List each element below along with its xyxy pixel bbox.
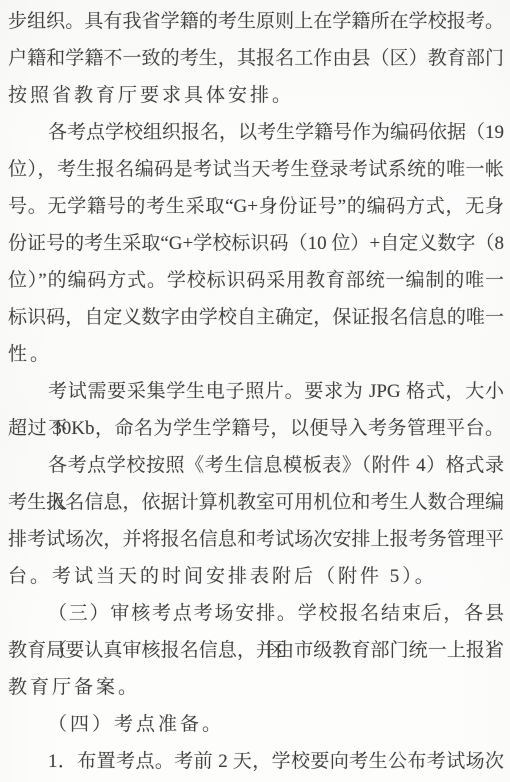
document-line: 性。	[8, 336, 504, 373]
document-line: 标识码，自定义数字由学校自主确定，保证报名信息的唯一	[8, 299, 504, 336]
document-line: 考试需要采集学生电子照片。要求为 JPG 格式，大小不	[8, 373, 504, 410]
document-line: 台。考试当天的时间安排表附后（附件 5）。	[8, 558, 504, 595]
document-line: 位）”的编码方式。学校标识码采用教育部统一编制的唯一	[8, 262, 504, 299]
document-line: 考生报名信息，依据计算机教室可用机位和考生人数合理编	[8, 484, 504, 521]
document-line: 1．布置考点。考前 2 天，学校要向考生公布考试场次	[8, 743, 504, 780]
document-line: 排考试场次，并将报名信息和考试场次安排上报考务管理平	[8, 521, 504, 558]
document-line: 号。无学籍号的考生采取“G+身份证号”的编码方式，无身	[8, 188, 504, 225]
document-line: （三）审核考点考场安排。学校报名结束后，各县（区）	[8, 595, 504, 632]
document-line: 步组织。具有我省学籍的考生原则上在学籍所在学校报考。	[8, 3, 504, 40]
document-line: 教育局要认真审核报名信息，并由市级教育部门统一上报省	[8, 632, 504, 669]
document-line: 份证号的考生采取“G+学校标识码（10 位）+自定义数字（8	[8, 225, 504, 262]
document-text: 步组织。具有我省学籍的考生原则上在学籍所在学校报考。户籍和学籍不一致的考生，其报…	[8, 3, 504, 780]
document-line: 教育厅备案。	[8, 669, 504, 706]
document-page: 步组织。具有我省学籍的考生原则上在学籍所在学校报考。户籍和学籍不一致的考生，其报…	[0, 0, 510, 782]
document-line: （四）考点准备。	[8, 706, 504, 743]
document-line: 超过 30Kb，命名为学生学籍号，以便导入考务管理平台。	[8, 410, 504, 447]
document-line: 各考点学校组织报名，以考生学籍号作为编码依据（19	[8, 114, 504, 151]
document-line: 按照省教育厅要求具体安排。	[8, 77, 504, 114]
document-line: 位），考生报名编码是考试当天考生登录考试系统的唯一帐	[8, 151, 504, 188]
document-line: 户籍和学籍不一致的考生，其报名工作由县（区）教育部门	[8, 40, 504, 77]
document-line: 各考点学校按照《考生信息模板表》（附件 4）格式录入	[8, 447, 504, 484]
